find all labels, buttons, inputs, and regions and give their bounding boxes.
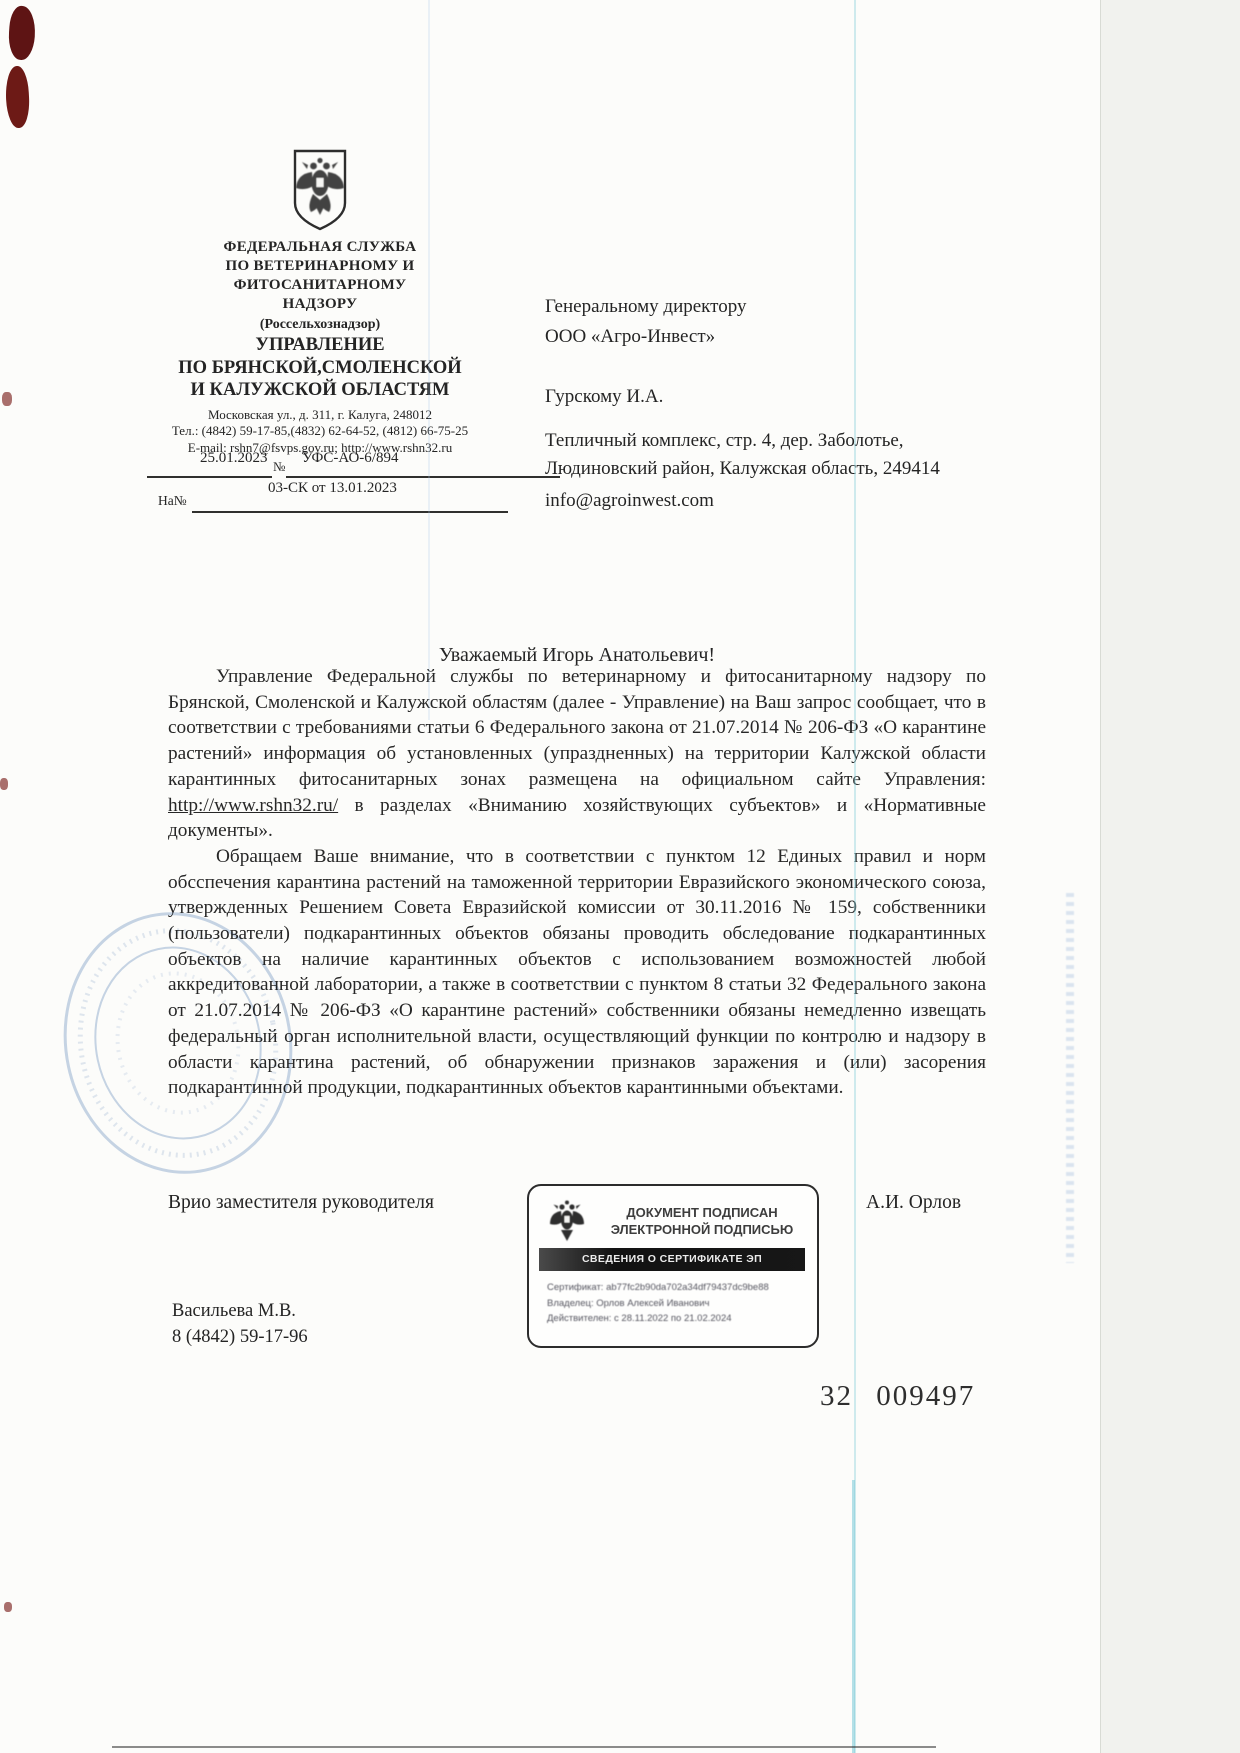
na-no-label: На№ <box>158 493 187 509</box>
agency-name-line: НАДЗОРУ <box>140 295 500 314</box>
executor-name: Васильева М.В. <box>172 1298 308 1324</box>
signer-name: А.И. Орлов <box>866 1192 961 1214</box>
number-sign: № <box>273 459 285 475</box>
scanner-streak <box>428 0 430 720</box>
executor-phone: 8 (4842) 59-17-96 <box>172 1324 308 1350</box>
stamp-title: ДОКУМЕНТ ПОДПИСАН ЭЛЕКТРОННОЙ ПОДПИСЬЮ <box>593 1204 811 1238</box>
body-paragraph-1: Управление Федеральной службы по ветерин… <box>168 664 986 844</box>
recipient-title: Генеральному директору <box>545 296 746 318</box>
certificate-id: Сертификат: ab77fc2b90da702a34df79437dc9… <box>547 1280 769 1296</box>
scan-stain <box>7 5 37 61</box>
agency-name-line: ФИТОСАНИТАРНОМУ <box>140 276 500 295</box>
document-code: 32 009497 <box>820 1380 975 1413</box>
department-name-line: И КАЛУЖСКОЙ ОБЛАСТЯМ <box>140 379 500 402</box>
executor-block: Васильева М.В. 8 (4842) 59-17-96 <box>172 1298 308 1350</box>
stamp-title-line: ЭЛЕКТРОННОЙ ПОДПИСЬЮ <box>593 1221 811 1238</box>
coat-of-arms-emblem <box>287 148 353 232</box>
site-link[interactable]: http://www.rshn32.ru/ <box>168 795 338 816</box>
paragraph-text: Управление Федеральной службы по ветерин… <box>168 666 986 790</box>
stamp-title-line: ДОКУМЕНТ ПОДПИСАН <box>593 1204 811 1221</box>
incoming-reference: 03-СК от 13.01.2023 <box>268 480 397 497</box>
recipient-address-line: Тепличный комплекс, стр. 4, дер. Заболот… <box>545 430 904 452</box>
scan-stain <box>0 778 8 790</box>
scan-edge-shadow <box>1100 0 1240 1753</box>
recipient-company: ООО «Агро-Инвест» <box>545 326 715 348</box>
na-no-underline <box>192 511 508 513</box>
outgoing-number: УФС-АО-6/894 <box>302 450 398 467</box>
recipient-email: info@agroinwest.com <box>545 490 714 512</box>
recipient-address-line: Людиновский район, Калужская область, 24… <box>545 458 940 480</box>
scan-edge-line <box>112 1746 936 1748</box>
number-underline <box>286 476 560 478</box>
scan-stain <box>4 1602 12 1612</box>
date-underline <box>147 476 272 478</box>
certificate-details: Сертификат: ab77fc2b90da702a34df79437dc9… <box>547 1280 769 1327</box>
agency-name-line: ПО ВЕТЕРИНАРНОМУ И <box>140 257 500 276</box>
letterhead-address: Московская ул., д. 311, г. Калуга, 24801… <box>140 407 500 424</box>
department-name-line: ПО БРЯНСКОЙ,СМОЛЕНСКОЙ <box>140 357 500 380</box>
agency-short-name: (Россельхознадзор) <box>140 316 500 334</box>
ink-stamp-bleed <box>38 878 318 1208</box>
certificate-owner: Владелец: Орлов Алексей Иванович <box>547 1296 769 1312</box>
scan-stain <box>2 392 12 406</box>
scanner-streak <box>852 1480 855 1753</box>
scanned-letter-page: ФЕДЕРАЛЬНАЯ СЛУЖБА ПО ВЕТЕРИНАРНОМУ И ФИ… <box>0 0 1240 1753</box>
scan-bleed-through <box>1066 893 1074 1263</box>
scan-stain <box>4 65 30 128</box>
recipient-name: Гурскому И.А. <box>545 386 663 408</box>
certificate-validity: Действителен: с 28.11.2022 по 21.02.2024 <box>547 1311 769 1327</box>
digital-signature-stamp: ДОКУМЕНТ ПОДПИСАН ЭЛЕКТРОННОЙ ПОДПИСЬЮ С… <box>527 1184 819 1348</box>
stamp-eagle-icon <box>547 1198 587 1246</box>
agency-name-line: ФЕДЕРАЛЬНАЯ СЛУЖБА <box>140 238 500 257</box>
letterhead: ФЕДЕРАЛЬНАЯ СЛУЖБА ПО ВЕТЕРИНАРНОМУ И ФИ… <box>140 148 500 456</box>
department-name-line: УПРАВЛЕНИЕ <box>140 334 500 357</box>
outgoing-date: 25.01.2023 <box>200 450 268 467</box>
certificate-info-bar: СВЕДЕНИЯ О СЕРТИФИКАТЕ ЭП <box>539 1248 805 1271</box>
letterhead-phone: Тел.: (4842) 59-17-85,(4832) 62-64-52, (… <box>140 423 500 440</box>
